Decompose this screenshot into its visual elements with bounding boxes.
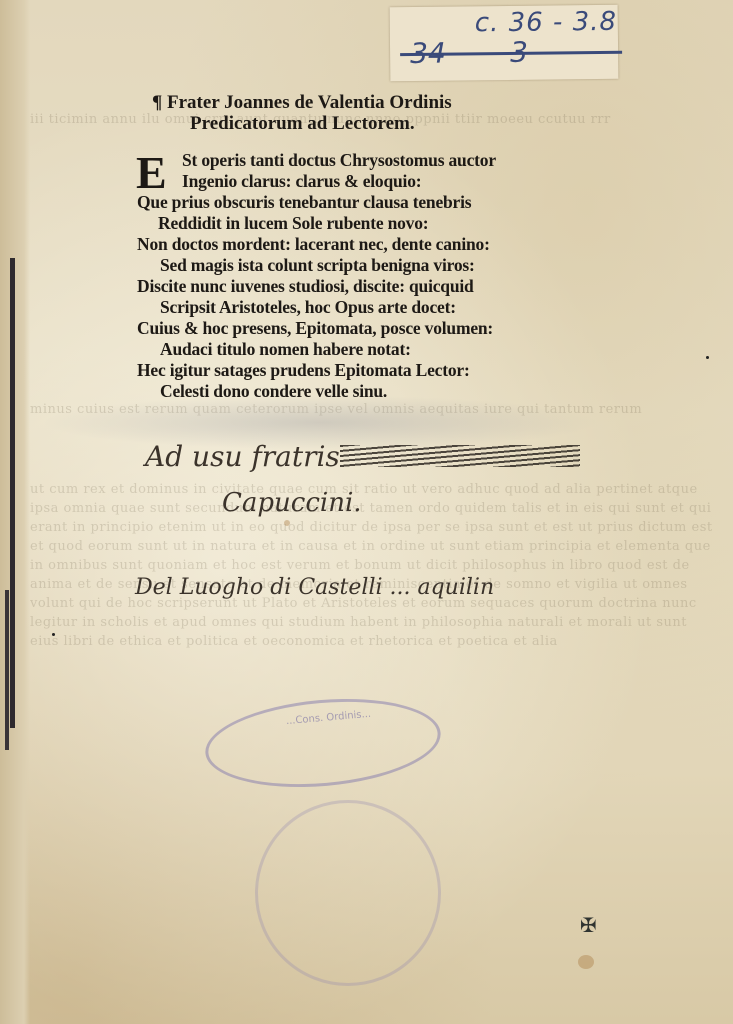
verse-line: Hec igitur satages prudens Epitomata Lec… — [137, 360, 470, 381]
verse-line: Que prius obscuris tenebantur clausa ten… — [137, 192, 471, 213]
ownership-note-line-3: Del Luogho di Castelli ... aquilin — [135, 575, 494, 600]
cross-ornament-icon: ✠ — [580, 913, 597, 937]
verse-line: Non doctos mordent: lacerant nec, dente … — [137, 234, 490, 255]
verse-line: Discite nunc iuvenes studiosi, discite: … — [137, 276, 474, 297]
binding-strip-lower — [5, 590, 9, 750]
verse-line: Celesti dono condere velle sinu. — [160, 381, 387, 402]
ownership-note-line-1: Ad usu fratris — [145, 440, 340, 473]
speck — [52, 633, 55, 636]
speck — [706, 356, 709, 359]
verse-line: Ingenio clarus: clarus & eloquio: — [182, 171, 421, 192]
shelfmark-label: c. 36 - 3.8 34 3 — [390, 5, 619, 81]
struck-through-text — [340, 445, 580, 467]
binding-strip — [10, 258, 15, 728]
ownership-note-line-2: Capuccini. — [222, 488, 362, 518]
round-library-stamp — [255, 800, 441, 986]
verse-line: Scripsit Aristoteles, hoc Opus arte doce… — [160, 297, 456, 318]
drop-initial: E — [136, 152, 172, 194]
heading-line-2: Predicatorum ad Lectorem. — [190, 113, 415, 135]
verse-line: Reddidit in lucem Sole rubente novo: — [158, 213, 428, 234]
page-edge — [0, 0, 30, 1024]
scanned-page: iii ticimin annu ilu omui crrr aunt quan… — [0, 0, 733, 1024]
verse-line: Cuius & hoc presens, Epitomata, posce vo… — [137, 318, 493, 339]
shelfmark-current: c. 36 - 3.8 — [475, 7, 617, 38]
paragraph-mark-icon: ¶ — [152, 92, 167, 113]
verse-line: St operis tanti doctus Chrysostomus auct… — [182, 150, 496, 171]
verse-line: Audaci titulo nomen habere notat: — [160, 339, 411, 360]
stain — [578, 955, 594, 969]
stain — [284, 520, 290, 526]
verse-line: Sed magis ista colunt scripta benigna vi… — [160, 255, 475, 276]
heading-line-1: ¶ Frater Joannes de Valentia Ordinis — [152, 92, 452, 114]
